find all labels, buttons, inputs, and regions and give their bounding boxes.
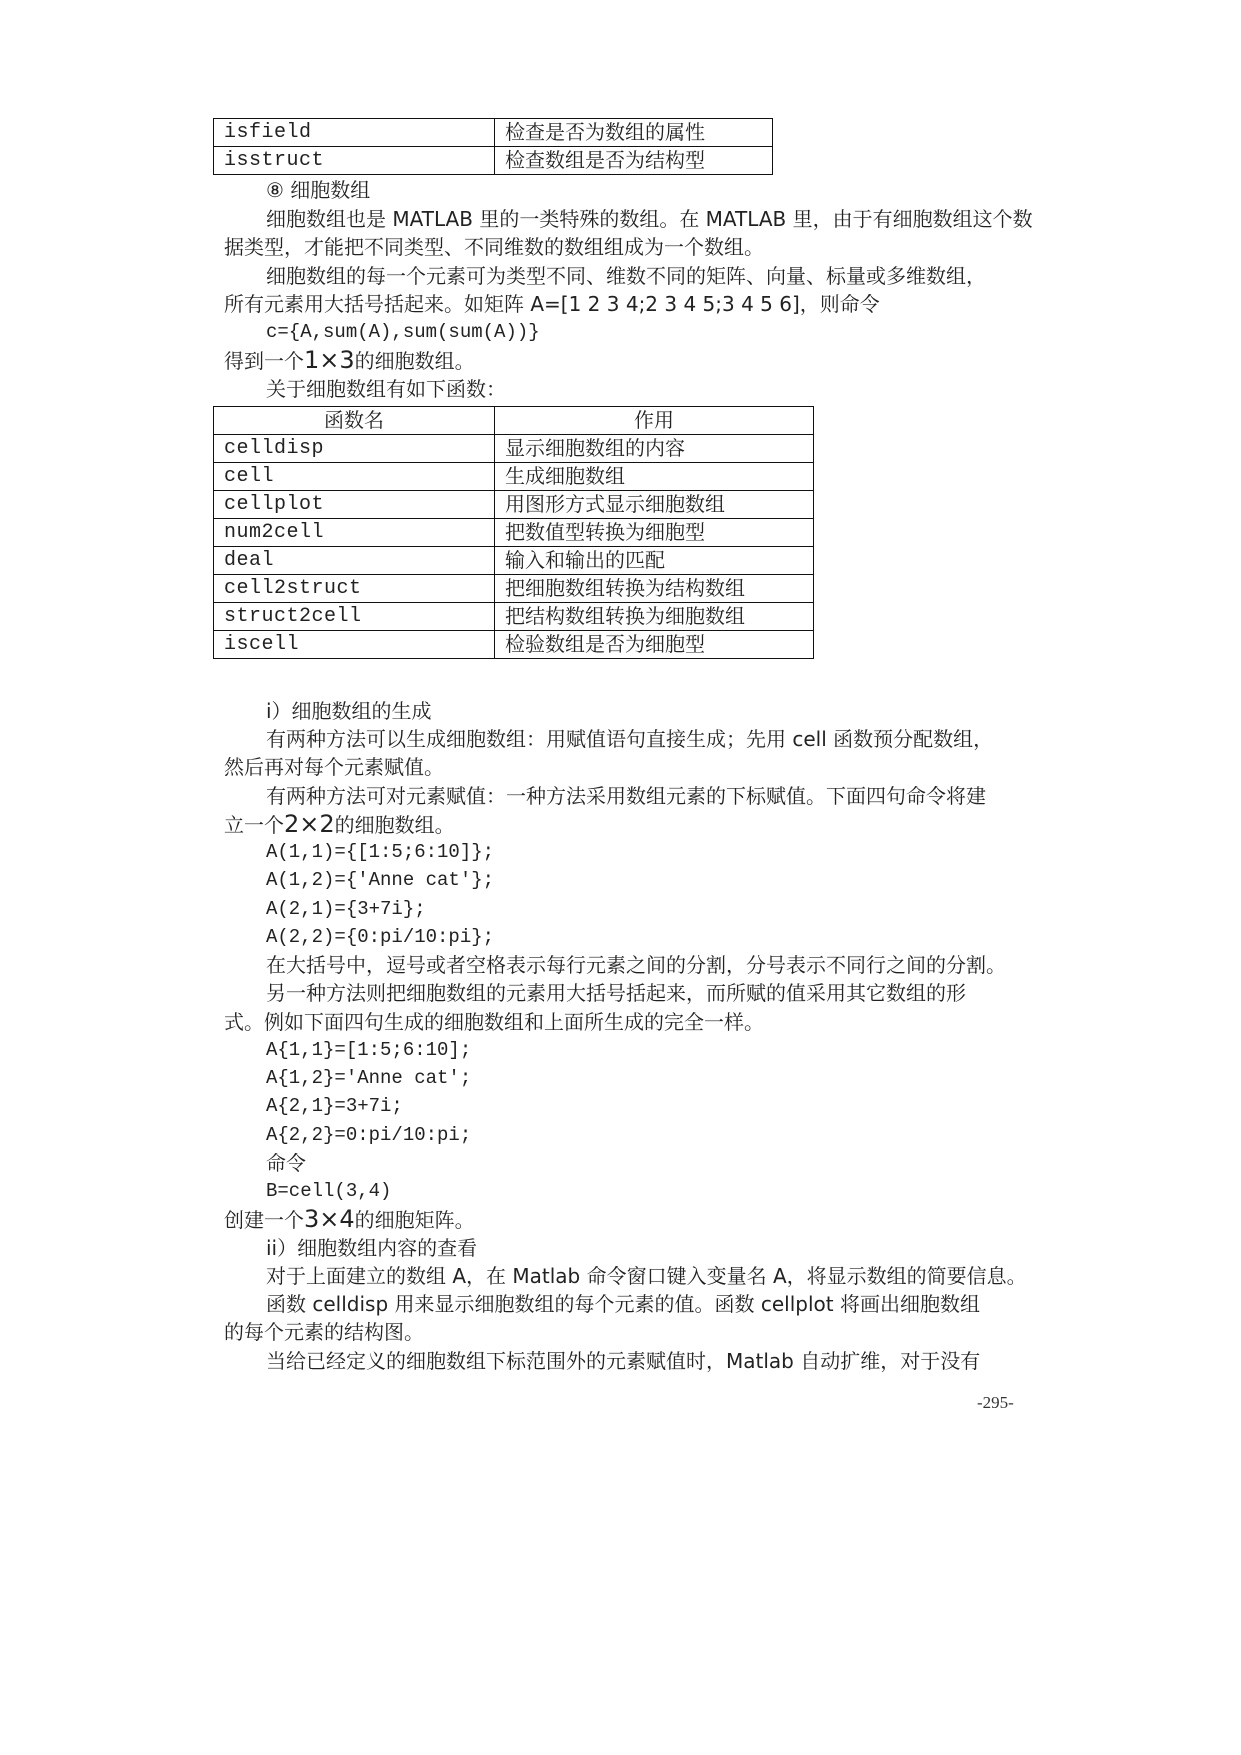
paragraph-line: 的每个元素的结构图。: [224, 1318, 424, 1346]
code-line: A{2,1}=3+7i;: [266, 1092, 403, 1120]
table-header-row: 函数名 作用: [214, 407, 814, 435]
function-name: num2cell: [214, 519, 495, 547]
paragraph-line: 据类型，才能把不同类型、不同维数的数组组成为一个数组。: [224, 233, 764, 261]
function-description: 检验数组是否为细胞型: [495, 631, 814, 659]
code-line: A{1,2}='Anne cat';: [266, 1064, 471, 1092]
code-line: A(2,1)={3+7i};: [266, 895, 426, 923]
paragraph-line: 有两种方法可对元素赋值：一种方法采用数组元素的下标赋值。下面四句命令将建: [266, 782, 986, 810]
paragraph-line: 在大括号中，逗号或者空格表示每行元素之间的分割，分号表示不同行之间的分割。: [266, 951, 1006, 979]
paragraph-line: 细胞数组的每一个元素可为类型不同、维数不同的矩阵、向量、标量或多维数组，: [266, 262, 986, 290]
paragraph-line: 创建一个3×4的细胞矩阵。: [224, 1205, 475, 1233]
function-name: cell2struct: [214, 575, 495, 603]
table-row: cellplot 用图形方式显示细胞数组: [214, 491, 814, 519]
table-row: struct2cell 把结构数组转换为细胞数组: [214, 603, 814, 631]
paragraph-line: 对于上面建立的数组 A，在 Matlab 命令窗口键入变量名 A，将显示数组的简…: [266, 1262, 1027, 1290]
cell-functions-table: 函数名 作用 celldisp 显示细胞数组的内容 cell 生成细胞数组 ce…: [213, 406, 814, 659]
code-line: A{1,1}=[1:5;6:10];: [266, 1036, 471, 1064]
function-description: 显示细胞数组的内容: [495, 435, 814, 463]
column-header-desc: 作用: [495, 407, 814, 435]
function-description: 生成细胞数组: [495, 463, 814, 491]
table-row: iscell 检验数组是否为细胞型: [214, 631, 814, 659]
text-fragment: 得到一个: [224, 349, 304, 373]
function-description: 把细胞数组转换为结构数组: [495, 575, 814, 603]
table-row: num2cell 把数值型转换为细胞型: [214, 519, 814, 547]
paragraph-line: 函数 celldisp 用来显示细胞数组的每个元素的值。函数 cellplot …: [266, 1290, 980, 1318]
paragraph-line: 另一种方法则把细胞数组的元素用大括号括起来，而所赋的值采用其它数组的形: [266, 979, 966, 1007]
table-row: celldisp 显示细胞数组的内容: [214, 435, 814, 463]
code-line: c={A,sum(A),sum(sum(A))}: [266, 318, 540, 346]
text-fragment: 的细胞数组。: [335, 813, 455, 837]
function-name: celldisp: [214, 435, 495, 463]
document-page: isfield 检查是否为数组的属性 isstruct 检查数组是否为结构型 ⑧…: [0, 0, 1241, 1755]
table-row: isfield 检查是否为数组的属性: [214, 119, 773, 147]
table-row: cell2struct 把细胞数组转换为结构数组: [214, 575, 814, 603]
paragraph-line: 式。例如下面四句生成的细胞数组和上面所生成的完全一样。: [224, 1008, 764, 1036]
column-header-name: 函数名: [214, 407, 495, 435]
dimension-label: 3×4: [304, 1205, 355, 1233]
paragraph-line: 当给已经定义的细胞数组下标范围外的元素赋值时，Matlab 自动扩维，对于没有: [266, 1347, 980, 1375]
dimension-label: 1×3: [304, 346, 355, 374]
code-line: A{2,2}=0:pi/10:pi;: [266, 1121, 471, 1149]
paragraph-line: 然后再对每个元素赋值。: [224, 753, 444, 781]
function-name: isstruct: [214, 147, 495, 175]
paragraph-line: 立一个2×2的细胞数组。: [224, 810, 455, 838]
text-fragment: 立一个: [224, 813, 284, 837]
function-name: isfield: [214, 119, 495, 147]
dimension-label: 2×2: [284, 810, 335, 838]
table-row: deal 输入和输出的匹配: [214, 547, 814, 575]
function-name: deal: [214, 547, 495, 575]
paragraph-line: 细胞数组也是 MATLAB 里的一类特殊的数组。在 MATLAB 里，由于有细胞…: [266, 205, 1033, 233]
function-description: 检查是否为数组的属性: [495, 119, 773, 147]
function-name: struct2cell: [214, 603, 495, 631]
subsection-heading: i）细胞数组的生成: [266, 697, 432, 725]
struct-functions-table: isfield 检查是否为数组的属性 isstruct 检查数组是否为结构型: [213, 118, 773, 175]
table-row: cell 生成细胞数组: [214, 463, 814, 491]
function-name: cellplot: [214, 491, 495, 519]
page-number: -295-: [977, 1393, 1014, 1413]
code-line: A(2,2)={0:pi/10:pi};: [266, 923, 494, 951]
table-row: isstruct 检查数组是否为结构型: [214, 147, 773, 175]
paragraph-line: 命令: [266, 1149, 306, 1177]
subsection-heading: ii）细胞数组内容的查看: [266, 1234, 477, 1262]
text-fragment: 的细胞数组。: [355, 349, 475, 373]
function-description: 输入和输出的匹配: [495, 547, 814, 575]
text-fragment: 的细胞矩阵。: [355, 1208, 475, 1232]
section-heading: ⑧ 细胞数组: [266, 176, 370, 204]
function-description: 用图形方式显示细胞数组: [495, 491, 814, 519]
function-name: cell: [214, 463, 495, 491]
function-description: 把数值型转换为细胞型: [495, 519, 814, 547]
function-description: 检查数组是否为结构型: [495, 147, 773, 175]
paragraph-line: 所有元素用大括号括起来。如矩阵 A=[1 2 3 4;2 3 4 5;3 4 5…: [224, 290, 880, 318]
table-intro: 关于细胞数组有如下函数：: [266, 375, 506, 403]
text-fragment: 创建一个: [224, 1208, 304, 1232]
code-line: A(1,1)={[1:5;6:10]};: [266, 838, 494, 866]
paragraph-line: 得到一个1×3的细胞数组。: [224, 346, 475, 374]
code-line: A(1,2)={'Anne cat'};: [266, 866, 494, 894]
function-name: iscell: [214, 631, 495, 659]
function-description: 把结构数组转换为细胞数组: [495, 603, 814, 631]
paragraph-line: 有两种方法可以生成细胞数组：用赋值语句直接生成；先用 cell 函数预分配数组，: [266, 725, 993, 753]
code-line: B=cell(3,4): [266, 1177, 391, 1205]
